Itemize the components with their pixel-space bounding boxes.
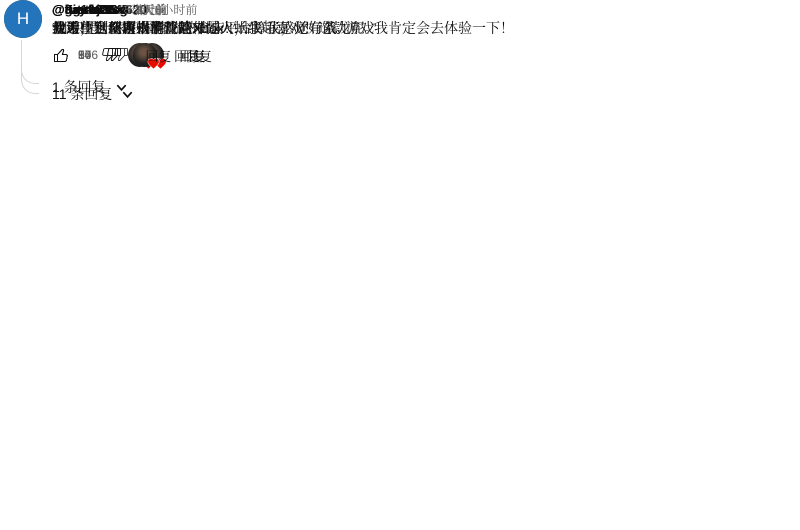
thumbs-up-icon — [52, 46, 70, 64]
comment-actions: 36 回复 — [52, 42, 600, 68]
replies-count-label: 1 条回复 — [52, 77, 106, 97]
like-button[interactable] — [52, 46, 70, 64]
comment-thread-line — [21, 40, 39, 84]
comment-author[interactable]: @hg19935 — [52, 2, 117, 17]
thumbs-down-icon — [105, 46, 123, 64]
reply-button[interactable]: 回复 — [141, 43, 175, 67]
comment-timestamp: 5小时前 — [124, 3, 167, 17]
comment-header: @hg19935 5小时前 — [52, 0, 600, 16]
comment: H @hg19935 5小时前 “那只是一家王国降临熟食店……算了，还有条龙呢。… — [0, 0, 600, 97]
avatar[interactable]: H — [4, 0, 42, 38]
comment-text: “那只是一家王国降临熟食店……算了，还有条龙呢。” — [52, 18, 600, 38]
comments-section: @rustinator620 6小时前 我希望这款游戏能登陆Xbox平台。我感觉… — [0, 0, 800, 530]
dislike-button[interactable] — [105, 46, 123, 64]
avatar-letter: H — [17, 9, 29, 29]
like-count: 36 — [78, 48, 91, 62]
view-replies-button[interactable]: 1 条回复 — [52, 77, 128, 97]
chevron-down-icon — [115, 81, 128, 94]
